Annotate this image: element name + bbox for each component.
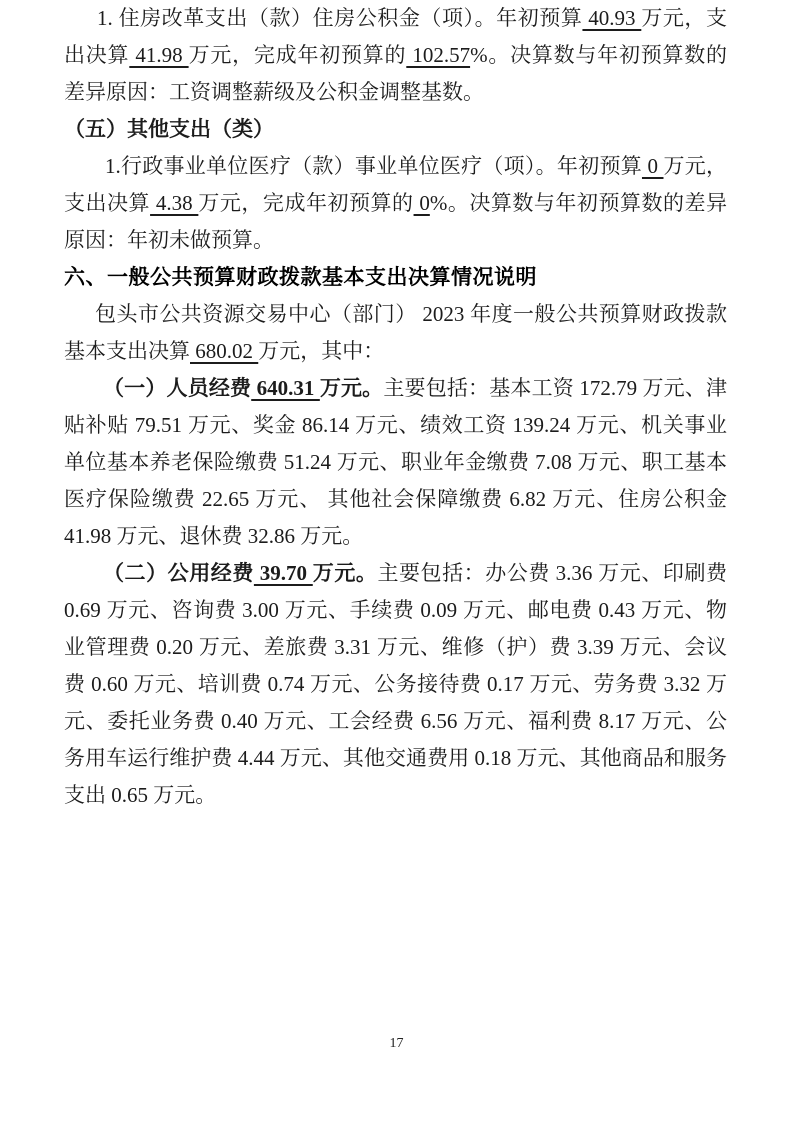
text-run: 万元。 [313,561,378,585]
underlined-value: 640.31 [251,376,320,400]
page-number: 17 [0,1034,793,1054]
text-run: 万元，完成年初预算的 [189,43,407,67]
paragraph-total-basic-expense: 包头市公共资源交易中心（部门） 2023 年度一般公共预算财政拨款基本支出决算 … [64,296,727,370]
underlined-value: 41.98 [129,43,188,67]
text-run: 包头市公共资源交易中心（部门） 2023 年度一般公共预算财政拨款基本支出决算 [64,302,727,363]
text-run: 万元，其中： [258,339,384,363]
paragraph-housing-reform: 1. 住房改革支出（款）住房公积金（项）。年初预算 40.93 万元，支出决算 … [64,0,727,111]
text-run: 万元，完成年初预算的 [198,191,413,215]
underlined-value: 40.93 [582,6,641,30]
paragraph-personnel-funds: （一）人员经费 640.31 万元。主要包括：基本工资 172.79 万元、津贴… [64,370,727,555]
underlined-value: 102.57 [406,43,470,67]
text-run: 主要包括：基本工资 172.79 万元、津贴补贴 79.51 万元、奖金 86.… [64,376,727,548]
text-run: （一）人员经费 [103,376,251,400]
text-run: 1. 住房改革支出（款）住房公积金（项）。年初预算 [97,6,582,30]
underlined-value: 680.02 [190,339,258,363]
underlined-value: 39.70 [254,561,313,585]
document-page: 1. 住房改革支出（款）住房公积金（项）。年初预算 40.93 万元，支出决算 … [0,0,793,1122]
text-run: 1.行政事业单位医疗（款）事业单位医疗（项）。年初预算 [105,154,642,178]
text-run: 万元。 [320,376,384,400]
underlined-value: 0 [414,191,430,215]
text-run: 主要包括：办公费 3.36 万元、印刷费 0.69 万元、咨询费 3.00 万元… [64,561,727,807]
underlined-value: 4.38 [150,191,198,215]
heading-other-expense-category: （五）其他支出（类） [64,111,727,148]
paragraph-admin-medical: 1.行政事业单位医疗（款）事业单位医疗（项）。年初预算 0 万元，支出决算 4.… [64,148,727,259]
page-body: 1. 住房改革支出（款）住房公积金（项）。年初预算 40.93 万元，支出决算 … [64,0,727,814]
underlined-value: 0 [642,154,664,178]
text-run: （二）公用经费 [103,561,254,585]
heading-section-six: 六、一般公共预算财政拨款基本支出决算情况说明 [64,259,727,296]
paragraph-public-funds: （二）公用经费 39.70 万元。主要包括：办公费 3.36 万元、印刷费 0.… [64,555,727,814]
